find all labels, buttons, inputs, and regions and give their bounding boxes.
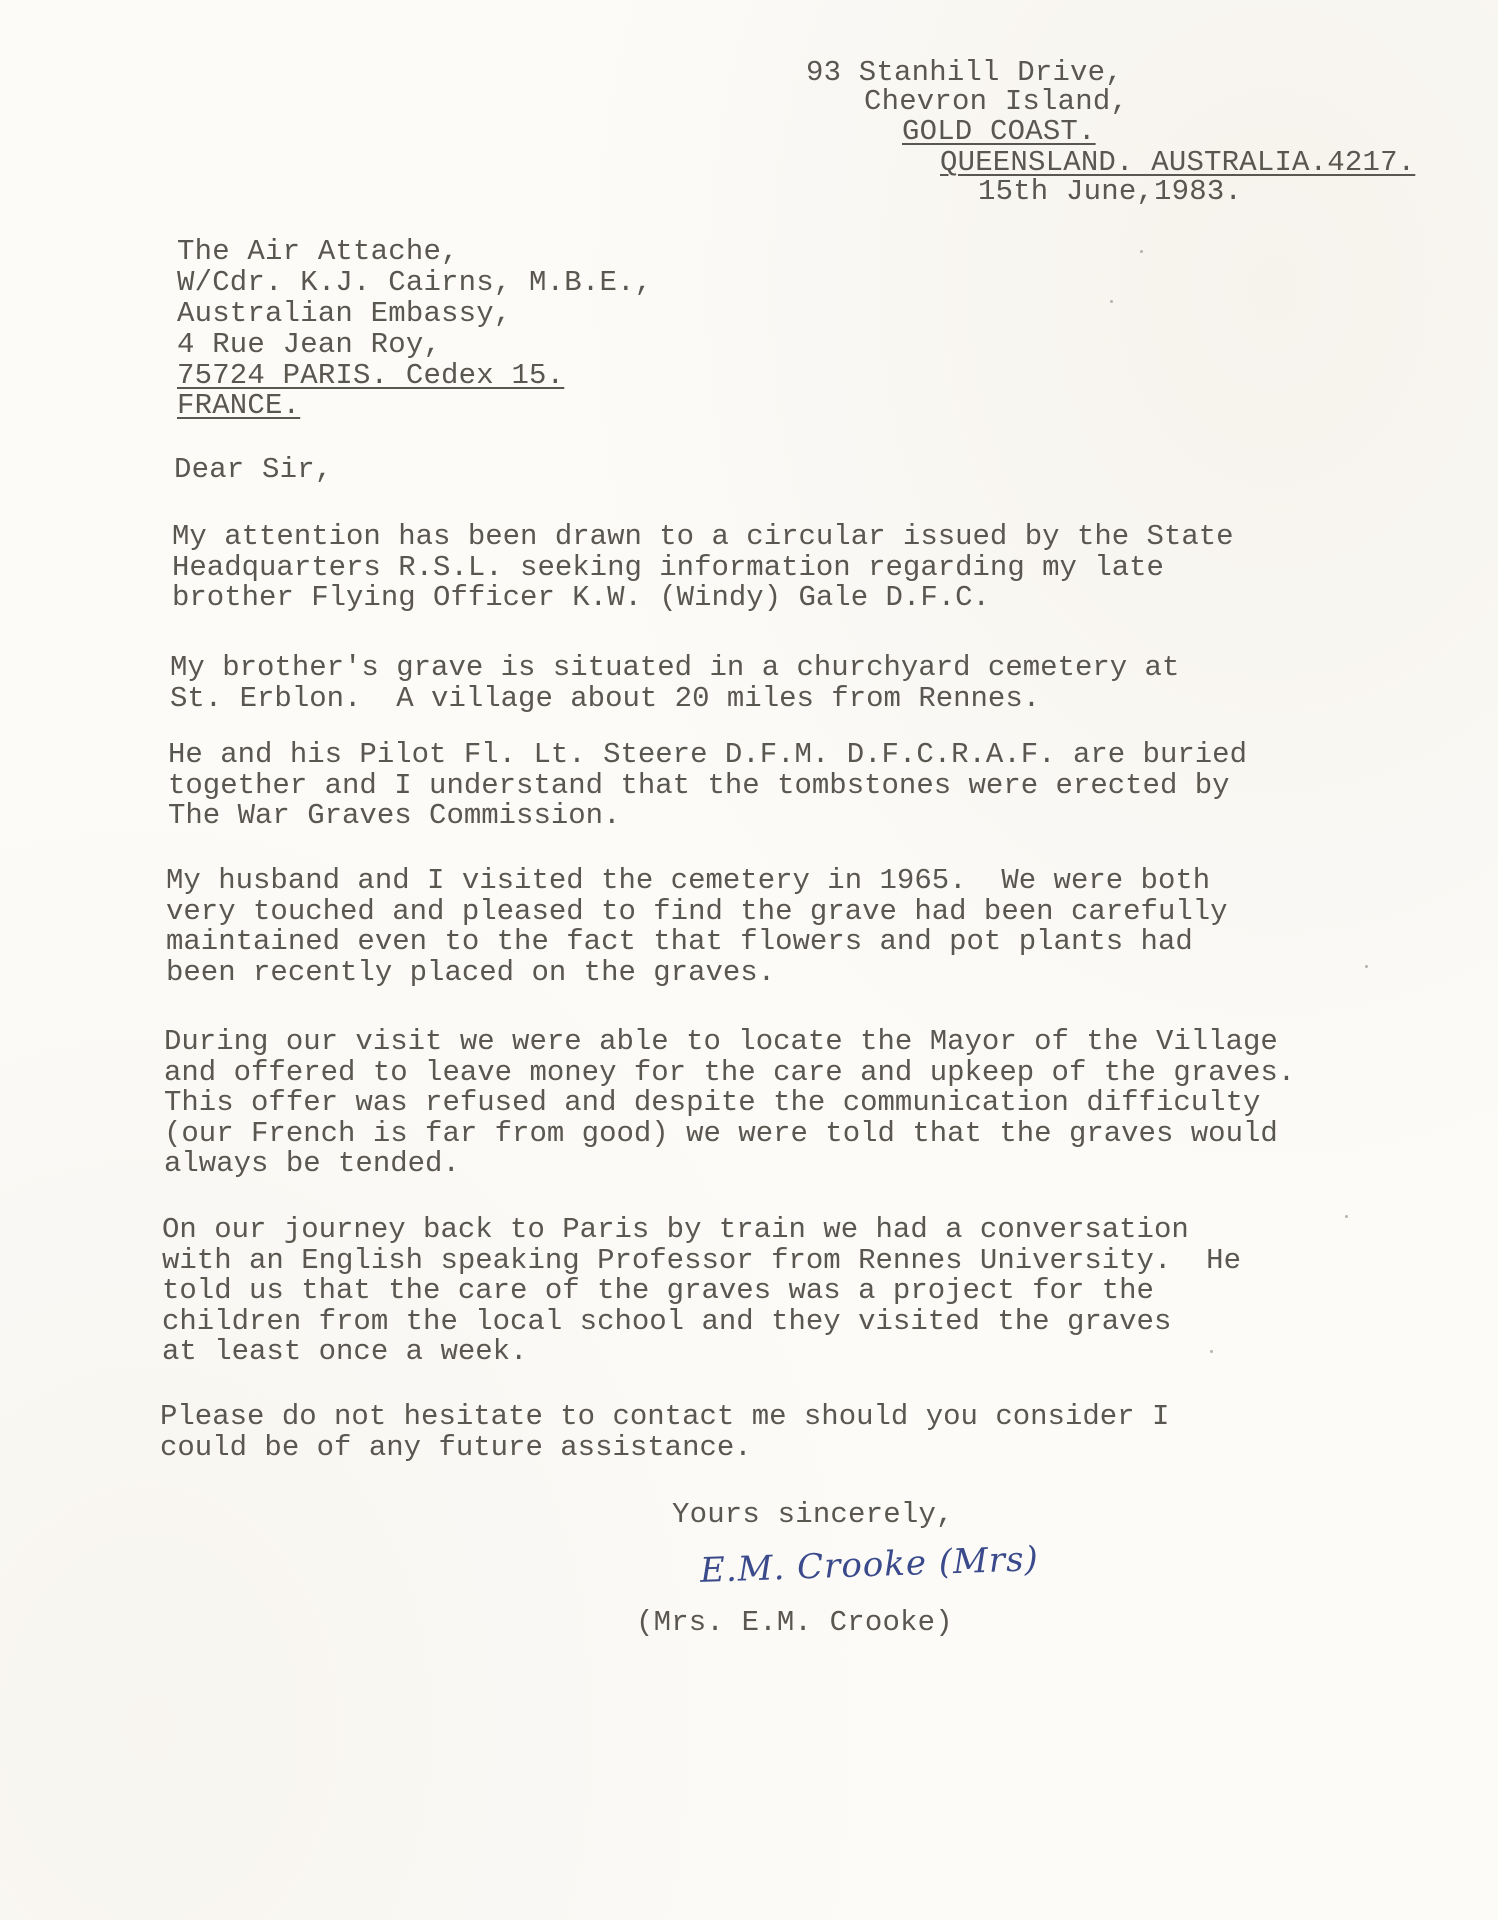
sender-state-country: QUEENSLAND. AUSTRALIA.4217. xyxy=(940,148,1415,178)
recipient-country: FRANCE. xyxy=(177,391,300,421)
closing: Yours sincerely, xyxy=(672,1500,954,1530)
body-paragraph-4: My husband and I visited the cemetery in… xyxy=(166,866,1228,988)
typed-name: (Mrs. E.M. Crooke) xyxy=(636,1608,953,1638)
paper-speck xyxy=(1210,1350,1213,1353)
paper-speck xyxy=(1365,965,1368,968)
paper-speck xyxy=(1345,1215,1348,1218)
salutation: Dear Sir, xyxy=(174,455,332,485)
recipient-city: 75724 PARIS. Cedex 15. xyxy=(177,361,564,391)
paper-speck xyxy=(1110,300,1113,303)
recipient-street: 4 Rue Jean Roy, xyxy=(177,330,441,360)
recipient-name: W/Cdr. K.J. Cairns, M.B.E., xyxy=(177,268,652,298)
letter-page: 93 Stanhill Drive, Chevron Island, GOLD … xyxy=(0,0,1498,1920)
sender-suburb: Chevron Island, xyxy=(864,87,1128,117)
body-paragraph-2: My brother's grave is situated in a chur… xyxy=(170,653,1179,714)
sender-street: 93 Stanhill Drive, xyxy=(806,58,1123,88)
body-paragraph-6: On our journey back to Paris by train we… xyxy=(162,1215,1241,1368)
body-paragraph-1: My attention has been drawn to a circula… xyxy=(172,522,1234,614)
sender-city: GOLD COAST. xyxy=(902,117,1096,147)
body-paragraph-3: He and his Pilot Fl. Lt. Steere D.F.M. D… xyxy=(168,740,1247,832)
handwritten-signature: E.M. Crooke (Mrs) xyxy=(699,1539,1039,1591)
letter-date: 15th June,1983. xyxy=(978,177,1242,207)
paper-speck xyxy=(1140,250,1143,253)
recipient-org: Australian Embassy, xyxy=(177,299,511,329)
recipient-title: The Air Attache, xyxy=(177,237,459,267)
body-paragraph-7: Please do not hesitate to contact me sho… xyxy=(160,1402,1169,1463)
body-paragraph-5: During our visit we were able to locate … xyxy=(164,1027,1295,1180)
